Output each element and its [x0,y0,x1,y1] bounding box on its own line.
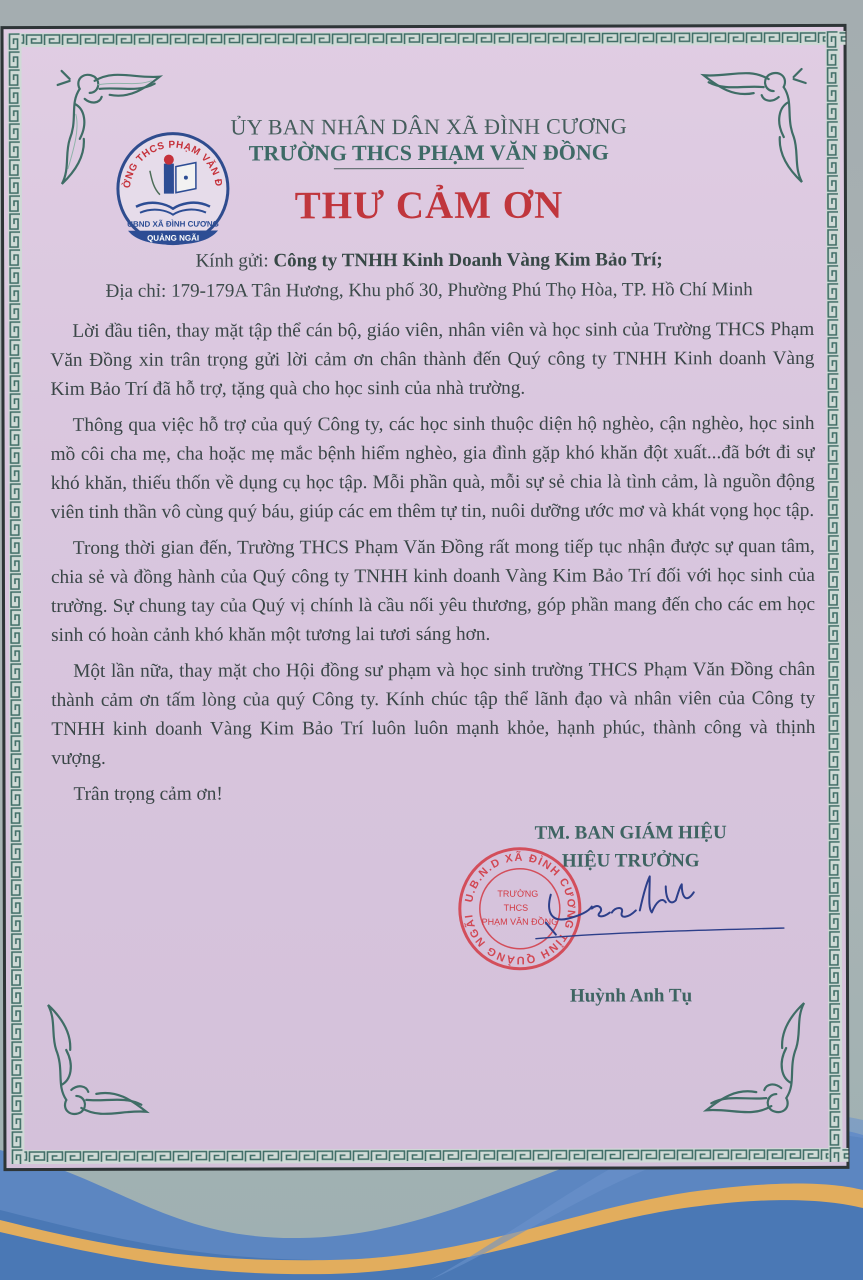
recipient-block: Kính gửi: Công ty TNHH Kinh Doanh Vàng K… [44,245,814,307]
logo-band-text: QUẢNG NGÃI [147,234,199,243]
border-pattern-left [8,33,25,1164]
border-pattern-right [826,31,843,1162]
school-name: TRƯỜNG THCS PHẠM VĂN ĐỒNG [219,139,639,166]
recipient-company: Công ty TNHH Kinh Doanh Vàng Kim Bảo Trí… [273,249,662,271]
recipient-address: Địa chỉ: 179-179A Tân Hương, Khu phố 30,… [44,275,814,307]
signatory-on-behalf: TM. BAN GIÁM HIỆU [466,822,796,845]
letter-title: THƯ CẢM ƠN [219,182,639,228]
corner-ornament-icon [26,1000,156,1130]
body-paragraph: Một lần nữa, thay mặt cho Hội đồng sư ph… [51,655,815,773]
salutation-label: Kính gửi: [196,250,274,271]
body-paragraph: Thông qua việc hỗ trợ của quý Công ty, c… [51,409,815,527]
border-pattern-top [8,31,846,47]
signatory-name: Huỳnh Anh Tụ [466,985,796,1008]
border-pattern-bottom [10,1148,848,1164]
handwritten-signature-icon [516,872,786,943]
header-divider [334,168,524,169]
closing-line: Trân trọng cảm ơn! [51,778,815,809]
corner-ornament-icon [694,57,824,187]
school-logo-icon: TRƯỜNG THCS PHẠM VĂN ĐỒNG UBND XÃ ĐÌNH C… [112,128,234,246]
recipient-line: Kính gửi: Công ty TNHH Kinh Doanh Vàng K… [44,245,814,277]
corner-ornament-icon [696,998,826,1128]
body-paragraph: Trong thời gian đến, Trường THCS Phạm Vă… [51,532,815,650]
body-paragraph: Lời đầu tiên, thay mặt tập thể cán bộ, g… [50,315,814,404]
issuing-authority: ỦY BAN NHÂN DÂN XÃ ĐÌNH CƯƠNG [219,113,639,140]
thank-you-letter: TRƯỜNG THCS PHẠM VĂN ĐỒNG UBND XÃ ĐÌNH C… [1,24,850,1171]
letter-body: Lời đầu tiên, thay mặt tập thể cán bộ, g… [50,315,815,816]
logo-lower-text: UBND XÃ ĐÌNH CƯƠNG [127,220,219,229]
